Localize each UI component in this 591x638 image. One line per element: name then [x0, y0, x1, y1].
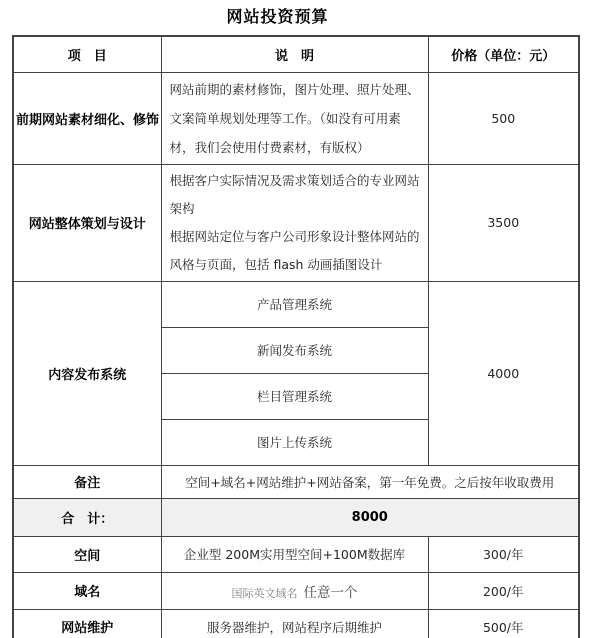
row-space: 空间 企业型 200M实用型空间+100M数据库 300/年 [13, 536, 579, 572]
row-materials: 前期网站素材细化、修饰 网站前期的素材修饰，图片处理、照片处理、文案简单规划处理… [13, 72, 579, 164]
row-remark-desc: 空间+域名+网站维护+网站备案，第一年免费。之后按年收取费用 [161, 465, 579, 498]
page: 网站投资预算 项 目 说 明 价格（单位：元） 前期网站素材细化、修饰 网站前期… [0, 0, 591, 638]
row-domain: 域名 国际英文域名任意一个 200/年 [13, 572, 579, 609]
row-cms-price: 4000 [428, 281, 579, 465]
row-planning-label: 网站整体策划与设计 [13, 164, 161, 281]
row-cms-label: 内容发布系统 [13, 281, 161, 465]
row-domain-desc-type: 国际英文域名 [232, 587, 298, 600]
row-domain-label: 域名 [13, 572, 161, 609]
row-planning-desc-line1: 根据客户实际情况及需求策划适合的专业网站架构 [170, 167, 420, 223]
row-cms-module-1: 内容发布系统 产品管理系统 4000 [13, 281, 579, 327]
row-total-label: 合 计： [13, 498, 161, 536]
row-planning-desc: 根据客户实际情况及需求策划适合的专业网站架构 根据网站定位与客户公司形象设计整体… [161, 164, 428, 281]
cms-module-column: 栏目管理系统 [161, 373, 428, 419]
col-header-price: 价格（单位：元） [428, 36, 579, 72]
row-remark-label: 备注 [13, 465, 161, 498]
row-planning: 网站整体策划与设计 根据客户实际情况及需求策划适合的专业网站架构 根据网站定位与… [13, 164, 579, 281]
row-domain-desc: 国际英文域名任意一个 [161, 572, 428, 609]
row-space-desc: 企业型 200M实用型空间+100M数据库 [161, 536, 428, 572]
row-remark: 备注 空间+域名+网站维护+网站备案，第一年免费。之后按年收取费用 [13, 465, 579, 498]
row-space-price: 300/年 [428, 536, 579, 572]
row-planning-desc-line2: 根据网站定位与客户公司形象设计整体网站的风格与页面，包括 flash 动画插图设… [170, 223, 420, 279]
row-materials-desc: 网站前期的素材修饰，图片处理、照片处理、文案简单规划处理等工作。（如没有可用素材… [161, 72, 428, 164]
table-header-row: 项 目 说 明 价格（单位：元） [13, 36, 579, 72]
row-materials-price: 500 [428, 72, 579, 164]
row-total: 合 计： 8000 [13, 498, 579, 536]
row-materials-label: 前期网站素材细化、修饰 [13, 72, 161, 164]
col-header-project: 项 目 [13, 36, 161, 72]
row-domain-price: 200/年 [428, 572, 579, 609]
row-maintenance-price: 500/年 [428, 609, 579, 638]
row-maintenance-desc: 服务器维护，网站程序后期维护 [161, 609, 428, 638]
cms-module-news: 新闻发布系统 [161, 327, 428, 373]
row-space-label: 空间 [13, 536, 161, 572]
row-planning-price: 3500 [428, 164, 579, 281]
cms-module-product: 产品管理系统 [161, 281, 428, 327]
row-maintenance-label: 网站维护 [13, 609, 161, 638]
page-title: 网站投资预算 [0, 0, 591, 27]
cms-module-image-upload: 图片上传系统 [161, 419, 428, 465]
col-header-description: 说 明 [161, 36, 428, 72]
row-domain-desc-any: 任意一个 [304, 585, 358, 601]
row-total-value: 8000 [161, 498, 579, 536]
row-maintenance: 网站维护 服务器维护，网站程序后期维护 500/年 [13, 609, 579, 638]
budget-table: 项 目 说 明 价格（单位：元） 前期网站素材细化、修饰 网站前期的素材修饰，图… [12, 35, 580, 638]
